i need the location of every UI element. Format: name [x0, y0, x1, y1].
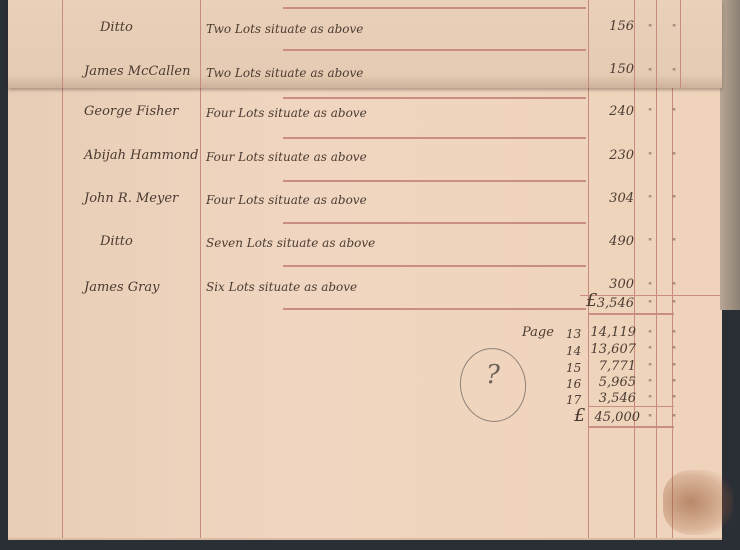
name-column-rule — [200, 88, 201, 538]
water-stain — [663, 470, 733, 535]
summary-amount: 14,119 — [586, 325, 636, 340]
ditto-mark: " — [672, 395, 676, 405]
ditto-mark: " — [672, 346, 676, 356]
entry-name: James Gray — [84, 280, 159, 295]
ditto-mark: " — [672, 24, 676, 34]
ditto-mark: " — [648, 238, 652, 248]
entry-amount: 150 — [584, 62, 634, 77]
question-mark-annotation: ? — [486, 360, 500, 390]
separator-rule — [283, 308, 586, 310]
ditto-mark: " — [672, 414, 676, 424]
total-rule — [588, 313, 674, 315]
entry-name: Ditto — [100, 234, 133, 249]
entry-amount: 156 — [584, 19, 634, 34]
ditto-mark: " — [672, 300, 676, 310]
summary-amount: 3,546 — [586, 391, 636, 406]
ditto-mark: " — [672, 282, 676, 292]
ditto-mark: " — [648, 195, 652, 205]
ditto-mark: " — [672, 108, 676, 118]
entry-amount: 230 — [584, 148, 634, 163]
summary-total-rule — [588, 426, 674, 428]
ditto-mark: " — [648, 152, 652, 162]
ditto-mark: " — [648, 414, 652, 424]
ditto-mark: " — [648, 330, 652, 340]
ditto-mark: " — [648, 379, 652, 389]
ditto-mark: " — [672, 195, 676, 205]
margin-rule — [62, 88, 63, 538]
entry-description: Two Lots situate as above — [206, 66, 363, 80]
page-total-amount: 3,546 — [584, 296, 634, 311]
summary-total-rule — [588, 406, 674, 407]
pence-column-rule — [656, 0, 657, 88]
margin-rule — [62, 0, 63, 88]
ditto-mark: " — [672, 379, 676, 389]
summary-amount: 13,607 — [586, 342, 636, 357]
name-column-rule — [200, 0, 201, 88]
summary-total: 45,000 — [590, 410, 640, 425]
ditto-mark: " — [648, 24, 652, 34]
separator-rule — [283, 137, 586, 139]
ditto-mark: " — [648, 300, 652, 310]
summary-amount: 7,771 — [586, 359, 636, 374]
ditto-mark: " — [648, 108, 652, 118]
entry-amount: 490 — [584, 234, 634, 249]
ditto-mark: " — [648, 395, 652, 405]
ditto-mark: " — [672, 330, 676, 340]
entry-name: James McCallen — [84, 64, 190, 79]
ditto-mark: " — [672, 238, 676, 248]
separator-rule — [283, 49, 586, 51]
summary-page-label: Page — [522, 325, 554, 340]
shillings-column-rule — [634, 0, 635, 88]
entry-description: Two Lots situate as above — [206, 22, 363, 36]
entry-name: Ditto — [100, 20, 133, 35]
separator-rule — [283, 265, 586, 267]
separator-rule — [283, 7, 586, 9]
entry-description: Six Lots situate as above — [206, 280, 357, 294]
entry-amount: 240 — [584, 104, 634, 119]
pound-symbol: £ — [574, 405, 585, 426]
separator-rule — [283, 97, 586, 99]
separator-rule — [283, 180, 586, 182]
entry-name: Abijah Hammond — [84, 148, 198, 163]
summary-amount: 5,965 — [586, 375, 636, 390]
ditto-mark: " — [672, 363, 676, 373]
entry-amount: 304 — [584, 191, 634, 206]
right-rule — [680, 0, 681, 88]
entry-name: George Fisher — [84, 104, 178, 119]
folded-leaf: Ditto Two Lots situate as above 156 " " … — [8, 0, 722, 88]
ditto-mark: " — [672, 68, 676, 78]
ditto-mark: " — [648, 68, 652, 78]
ditto-mark: " — [648, 346, 652, 356]
entry-name: John R. Meyer — [84, 191, 178, 206]
separator-rule — [283, 222, 586, 224]
page-edge — [720, 0, 740, 310]
entry-description: Four Lots situate as above — [206, 193, 367, 207]
ditto-mark: " — [672, 152, 676, 162]
entry-description: Four Lots situate as above — [206, 106, 367, 120]
entry-description: Seven Lots situate as above — [206, 236, 375, 250]
ditto-mark: " — [648, 363, 652, 373]
ditto-mark: " — [648, 282, 652, 292]
entry-description: Four Lots situate as above — [206, 150, 367, 164]
